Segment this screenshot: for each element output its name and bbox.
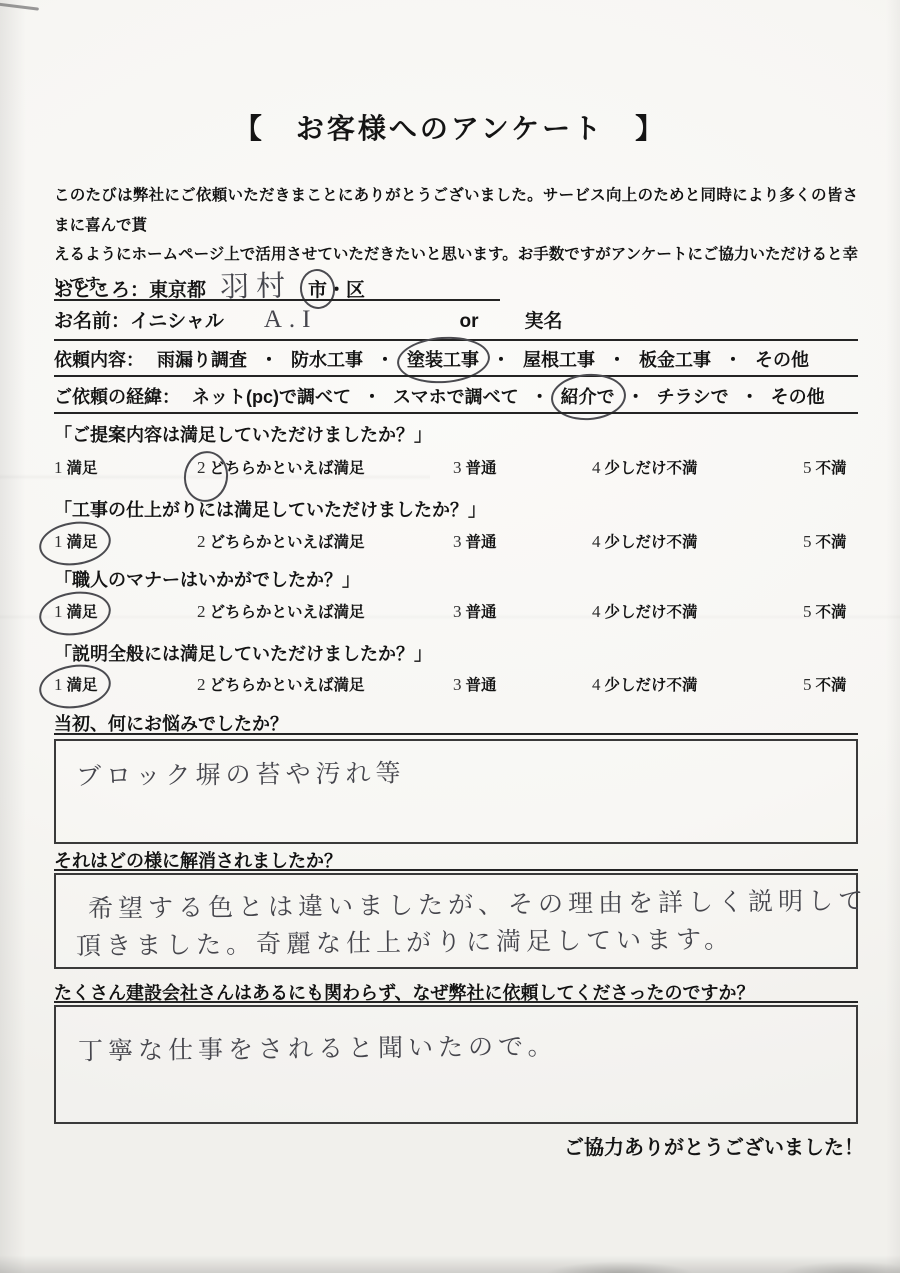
request-type-option: 塗装工事 (407, 346, 479, 372)
request-channel-option: 紹介で (561, 383, 615, 409)
question-underline (54, 1001, 858, 1003)
field-underline (54, 412, 858, 414)
request-channel-option: その他 (771, 383, 825, 409)
separator-dot: ・ (741, 383, 759, 409)
rating-label: どちらかといえば満足 (210, 460, 365, 477)
rating-label: 満足 (67, 534, 98, 551)
rating-options-row: 1満足 2どちらかといえば満足 3普通 4少しだけ不満 5不満 (54, 673, 860, 701)
rating-label: 普通 (466, 534, 497, 551)
separator-dot: ・ (376, 346, 394, 372)
city-option-label: 市 (308, 280, 327, 301)
rating-number: 2 (197, 532, 206, 552)
rating-option-5: 5不満 (803, 456, 847, 478)
rating-number: 2 (197, 458, 206, 478)
rating-option-5: 5不満 (803, 673, 847, 695)
form-title: 【 お客様へのアンケート 】 (0, 107, 900, 147)
rating-option-1: 1満足 (54, 456, 98, 478)
rating-option-2: 2どちらかといえば満足 (197, 456, 365, 478)
rating-number: 5 (803, 602, 812, 622)
city-option: 市 (308, 275, 327, 302)
separator-dot: ・ (627, 383, 645, 409)
separator-dot: ・ (363, 383, 381, 409)
rating-number: 4 (592, 675, 601, 695)
rating-label: 不満 (816, 534, 847, 551)
scan-edge-shading (886, 0, 900, 1273)
closing-thanks-text: ご協力ありがとうございました！ (564, 1131, 864, 1160)
request-channel-field: ご依頼の経緯： ネット(pc)で調べて ・ スマホで調べて ・ 紹介で ・ チラ… (54, 383, 825, 409)
request-type-label: 依頼内容： (54, 346, 144, 372)
real-name-label: 実名 (525, 306, 563, 333)
rating-number: 1 (54, 532, 63, 552)
request-type-option: 防水工事 (291, 346, 363, 372)
rating-label: 少しだけ不満 (605, 604, 698, 621)
selection-circle (396, 334, 492, 386)
request-type-option: その他 (755, 346, 809, 372)
separator-dot: ・ (260, 346, 278, 372)
rating-option-2: 2どちらかといえば満足 (197, 530, 365, 552)
rating-number: 4 (592, 532, 601, 552)
rating-label: 満足 (67, 604, 98, 621)
intro-line-1: このたびは弊社にご依頼いただきまことにありがとうございました。サービス向上のため… (54, 187, 858, 234)
answer-box: 丁寧な仕事をされると聞いたので。 (54, 1005, 858, 1124)
rating-label: 少しだけ不満 (605, 460, 698, 477)
handwritten-answer-line: 丁寧な仕事をされると聞いたので。 (78, 1026, 558, 1067)
rating-label: 少しだけ不満 (605, 677, 698, 694)
rating-number: 3 (453, 532, 462, 552)
rating-option-5: 5不満 (803, 530, 847, 552)
handwritten-answer-line: ブロック塀の苔や汚れ等 (76, 753, 406, 792)
rating-number: 1 (54, 602, 63, 622)
request-type-field: 依頼内容： 雨漏り調査 ・ 防水工事 ・ 塗装工事 ・ 屋根工事 ・ 板金工事 … (54, 346, 809, 372)
scanned-survey-sheet: 【 お客様へのアンケート 】 このたびは弊社にご依頼いただきまことにありがとうご… (0, 0, 900, 1273)
rating-option-4: 4少しだけ不満 (592, 673, 698, 695)
rating-option-1: 1満足 (54, 600, 98, 622)
separator-dot: ・ (492, 346, 510, 372)
rating-number: 1 (54, 675, 63, 695)
rating-number: 3 (453, 602, 462, 622)
address-label: おところ：東京都 (54, 275, 206, 302)
rating-number: 5 (803, 458, 812, 478)
ward-option-label: ・区 (327, 275, 365, 302)
rating-label: 不満 (816, 460, 847, 477)
rating-options-row: 1満足 2どちらかといえば満足 3普通 4少しだけ不満 5不満 (54, 530, 860, 558)
name-field: お名前：イニシャル A.I or 実名 (54, 306, 563, 334)
scan-bottom-shadow (545, 1261, 695, 1273)
rating-label: 不満 (816, 604, 847, 621)
handwritten-answer-line: 希望する色とは違いましたが、その理由を詳しく説明して (88, 881, 868, 925)
separator-dot: ・ (724, 346, 742, 372)
request-type-option: 板金工事 (639, 346, 711, 372)
rating-question-text: 「ご提案内容は満足していただけましたか？」 (54, 421, 432, 447)
rating-number: 2 (197, 602, 206, 622)
rating-label: 普通 (466, 604, 497, 621)
rating-options-row: 1満足 2どちらかといえば満足 3普通 4少しだけ不満 5不満 (54, 600, 860, 628)
separator-dot: ・ (608, 346, 626, 372)
rating-number: 3 (453, 458, 462, 478)
request-channel-option: スマホで調べて (393, 383, 519, 409)
rating-option-5: 5不満 (803, 600, 847, 622)
rating-number: 3 (453, 675, 462, 695)
request-channel-label: ご依頼の経緯： (54, 383, 180, 409)
rating-option-1: 1満足 (54, 530, 98, 552)
rating-label: どちらかといえば満足 (210, 604, 365, 621)
field-underline (54, 375, 858, 377)
rating-option-2: 2どちらかといえば満足 (197, 600, 365, 622)
rating-option-3: 3普通 (453, 673, 497, 695)
rating-label: 満足 (67, 460, 98, 477)
rating-question-text: 「工事の仕上がりには満足していただけましたか？」 (54, 496, 486, 522)
question-underline (54, 869, 858, 871)
separator-dot: ・ (531, 383, 549, 409)
rating-number: 2 (197, 675, 206, 695)
request-channel-option: ネット(pc)で調べて (192, 383, 351, 409)
rating-option-4: 4少しだけ不満 (592, 530, 698, 552)
request-type-option: 屋根工事 (523, 346, 595, 372)
handwritten-answer-line: 頂きました。奇麗な仕上がりに満足しています。 (76, 920, 734, 963)
rating-label: 普通 (466, 460, 497, 477)
name-handwritten-value: A.I (264, 306, 318, 334)
or-label: or (460, 311, 479, 333)
rating-option-4: 4少しだけ不満 (592, 600, 698, 622)
rating-option-4: 4少しだけ不満 (592, 456, 698, 478)
rating-option-3: 3普通 (453, 530, 497, 552)
rating-question-text: 「職人のマナーはいかがでしたか？」 (54, 566, 360, 592)
field-underline (54, 339, 858, 341)
rating-label: どちらかといえば満足 (210, 677, 365, 694)
rating-options-row: 1満足 2どちらかといえば満足 3普通 4少しだけ不満 5不満 (54, 456, 860, 484)
field-underline (54, 299, 500, 301)
rating-question-text: 「説明全般には満足していただけましたか？」 (54, 640, 432, 666)
scan-bottom-shadow (0, 1255, 900, 1273)
rating-option-2: 2どちらかといえば満足 (197, 673, 365, 695)
request-channel-option: チラシで (657, 383, 729, 409)
rating-option-3: 3普通 (453, 600, 497, 622)
rating-number: 1 (54, 458, 63, 478)
scan-bottom-shadow (780, 1261, 900, 1273)
rating-option-1: 1満足 (54, 673, 98, 695)
scan-edge-shading (0, 0, 26, 1273)
rating-label: 不満 (816, 677, 847, 694)
request-type-option: 雨漏り調査 (157, 346, 247, 372)
selection-circle (549, 371, 627, 422)
rating-option-3: 3普通 (453, 456, 497, 478)
answer-box: 希望する色とは違いましたが、その理由を詳しく説明して 頂きました。奇麗な仕上がり… (54, 873, 858, 969)
rating-label: 少しだけ不満 (605, 534, 698, 551)
question-underline (54, 733, 858, 735)
rating-number: 4 (592, 458, 601, 478)
rating-label: 満足 (67, 677, 98, 694)
rating-number: 5 (803, 532, 812, 552)
rating-number: 4 (592, 602, 601, 622)
rating-number: 5 (803, 675, 812, 695)
rating-label: 普通 (466, 677, 497, 694)
name-label: お名前：イニシャル (54, 306, 224, 333)
rating-label: どちらかといえば満足 (210, 534, 365, 551)
answer-box: ブロック塀の苔や汚れ等 (54, 739, 858, 844)
